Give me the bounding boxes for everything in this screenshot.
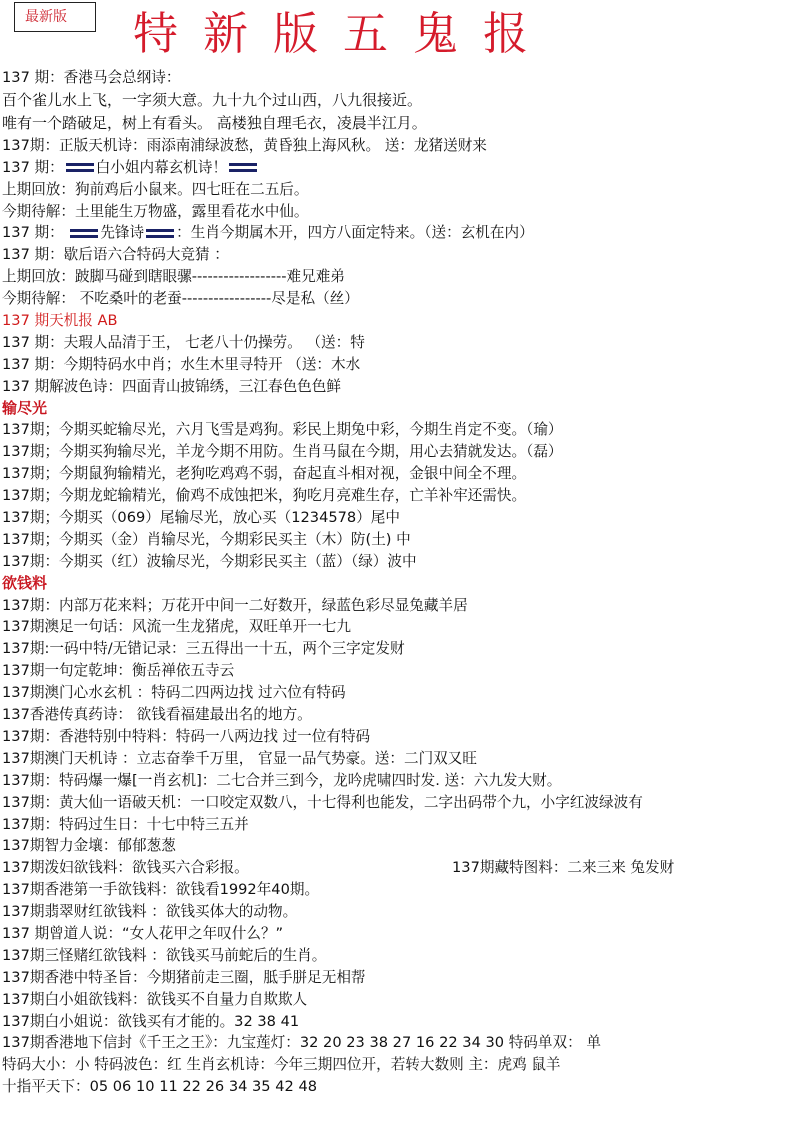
text-line: 137期；今期买狗输尽光，羊龙今期不用防。生肖马鼠在今期，用心去猜就发达。（磊）	[2, 441, 793, 463]
line-right: 137期藏特图料：二来三来 兔发财	[452, 857, 674, 879]
text-line: 137期一句定乾坤：衡岳禅依五寺云	[2, 660, 793, 682]
text-line: 137期；今期买蛇输尽光，六月飞雪是鸡狗。彩民上期兔中彩，今期生肖定不变。（瑜）	[2, 419, 793, 441]
text-line: 137期泼妇欲钱料：欲钱买六合彩报。 137期藏特图料：二来三来 兔发财	[2, 857, 793, 879]
line-left: 137期泼妇欲钱料：欲钱买六合彩报。	[2, 859, 249, 876]
text-line: 137期香港地下信封《千王之王》：九宝莲灯：32 20 23 38 27 16 …	[2, 1032, 793, 1054]
text-line: 百个雀儿水上飞，一字须大意。九十九个过山西，八九很接近。	[2, 89, 793, 112]
double-bar-icon	[229, 163, 257, 172]
text-line: 137期香港第一手欲钱料：欲钱看1992年40期。	[2, 879, 793, 901]
text-line: 137期：特码过生日：十七中特三五并	[2, 814, 793, 836]
text-line: 137期香港中特圣旨：今期猪前走三圈，胝手胼足无相帮	[2, 967, 793, 989]
text-line: 137 期：白小姐内幕玄机诗！	[2, 157, 793, 179]
text-line: 今期待解：土里能生万物盛，露里看花水中仙。	[2, 201, 793, 223]
text-line: 唯有一个踏破足，树上有看头。 高楼独自理毛衣，凌晨半江月。	[2, 112, 793, 135]
text-line: 137期智力金壤：郁郁葱葱	[2, 835, 793, 857]
text-line: 137期：香港特别中特料：特码一八两边找 过一位有特码	[2, 726, 793, 748]
text-line: 137期澳门心水玄机 ：特码二四两边找 过六位有特码	[2, 682, 793, 704]
double-bar-icon	[146, 229, 174, 238]
text-line: 137期三怪赌红欲钱料 ：欲钱买马前蛇后的生肖。	[2, 945, 793, 967]
section-heading-money: 欲钱料	[2, 573, 793, 595]
section-heading-lose: 输尽光	[2, 398, 793, 420]
text-line: 137期白小姐欲钱料：欲钱买不自量力自欺欺人	[2, 989, 793, 1011]
double-bar-icon	[66, 163, 94, 172]
text-line: 137 期：香港马会总纲诗：	[2, 67, 793, 89]
text-line: 137期：特码爆一爆[一肖玄机]：二七合并三到今，龙吟虎啸四时发. 送：六九发大…	[2, 770, 793, 792]
text-line: 137期澳门天机诗 ：立志奋拳千万里， 官显一品气势豪。送：二门双又旺	[2, 748, 793, 770]
text-line: 137期；今期买（069）尾输尽光，放心买（1234578）尾中	[2, 507, 793, 529]
page-title: 特新版五鬼报	[133, 4, 553, 64]
edition-badge: 最新版	[14, 2, 96, 32]
text-line: 137期：正版天机诗：雨添南浦绿波愁，黄昏独上海风秋。 送：龙猪送财来	[2, 135, 793, 157]
text-line: 上期回放：狗前鸡后小鼠来。四七旺在二五后。	[2, 179, 793, 201]
text-line: 137期：黄大仙一语破天机：一口咬定双数八，十七得利也能发，二字出码带个九，小字…	[2, 792, 793, 814]
double-bar-icon	[70, 229, 98, 238]
text-line: 137期翡翠财红欲钱料 ：欲钱买体大的动物。	[2, 901, 793, 923]
line-body: ：生肖今期属木开，四方八面定特来。（送：玄机在内）	[176, 224, 534, 241]
document-body: 137 期：香港马会总纲诗： 百个雀儿水上飞，一字须大意。九十九个过山西，八九很…	[2, 67, 793, 1098]
text-line: 特码大小：小 特码波色：红 生肖玄机诗：今年三期四位开，若转大数则 主：虎鸡 鼠…	[2, 1054, 793, 1076]
text-line: 137期：今期买（红）波输尽光，今期彩民买主（蓝）（绿）波中	[2, 551, 793, 573]
text-line: 137期：内部万花来料；万花开中间一二好数开，绿蓝色彩尽显兔藏羊居	[2, 595, 793, 617]
text-line: 今期待解： 不吃桑叶的老蚕-----------------尽是私（丝）	[2, 288, 793, 310]
text-line: 137期；今期买（金）肖输尽光，今期彩民买主（木）防(土) 中	[2, 529, 793, 551]
text-line: 137 期曾道人说：“女人花甲之年叹什么？”	[2, 923, 793, 945]
text-line: 137 期：今期特码水中肖；水生木里寻特开 （送：木水	[2, 354, 793, 376]
text-line: 137 期：夫瑕人品清于王， 七老八十仍操劳。 （送：特	[2, 332, 793, 354]
tianji-heading: 137 期天机报 AB	[2, 310, 793, 332]
line-prefix: 137 期：	[2, 159, 64, 176]
text-line: 137期白小姐说：欲钱买有才能的。32 38 41	[2, 1011, 793, 1033]
text-line: 137期:一码中特/无错记录：三五得出一十五，两个三字定发财	[2, 638, 793, 660]
text-line: 137 期解波色诗：四面青山披锦绣，三江春色色色鲜	[2, 376, 793, 398]
line-prefix: 137 期：	[2, 224, 68, 241]
text-line: 十指平天下：05 06 10 11 22 26 34 35 42 48	[2, 1076, 793, 1098]
text-line: 137期；今期鼠狗输精光，老狗吃鸡鸡不弱，奋起直斗相对视，金银中间全不理。	[2, 463, 793, 485]
text-line: 137香港传真药诗： 欲钱看福建最出名的地方。	[2, 704, 793, 726]
text-line: 137期澳足一句话：风流一生龙猪虎，双旺单开一七九	[2, 616, 793, 638]
text-line: 137 期：歇后语六合特码大竞猜 ：	[2, 244, 793, 266]
edition-badge-label: 最新版	[25, 6, 67, 26]
text-line: 137期；今期龙蛇输精光，偷鸡不成蚀把米，狗吃月亮难生存，亡羊补牢还需快。	[2, 485, 793, 507]
text-line: 上期回放：跛脚马碰到瞎眼骡------------------难兄难弟	[2, 266, 793, 288]
line-title: 先锋诗	[100, 224, 144, 241]
text-line: 137 期： 先锋诗：生肖今期属木开，四方八面定特来。（送：玄机在内）	[2, 222, 793, 244]
line-title: 白小姐内幕玄机诗！	[96, 159, 227, 176]
